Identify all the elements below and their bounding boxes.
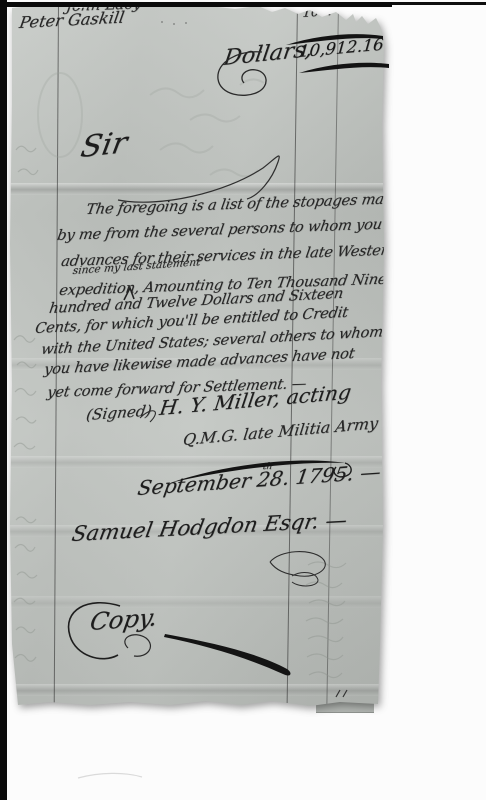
letter-body-line: The foregoing is a list of the stopages …: [85, 191, 403, 218]
date-line: September 28. 1795. —: [136, 459, 383, 500]
paper-sheet-wrapper: John Lacy Peter Gaskill 100. Dollars, 10…: [10, 4, 385, 706]
fold-crease: [10, 684, 385, 696]
name-line: Peter Gaskill: [18, 8, 126, 32]
scan-border-left: [0, 0, 7, 800]
scanned-manuscript-page: John Lacy Peter Gaskill 100. Dollars, 10…: [0, 0, 486, 800]
signature-title: Q.M.G. late Militia Army: [182, 414, 379, 449]
letter-body-line: by me from the several persons to whom y…: [56, 215, 427, 244]
scanner-scratch: [78, 773, 142, 778]
addressee-line: Samuel Hodgdon Esqr. —: [70, 508, 349, 546]
salutation: Sir: [78, 126, 130, 165]
date-month-day: September 28: [136, 466, 285, 500]
scan-border-top-thick: [0, 2, 392, 7]
date-year: . 1795. —: [281, 459, 382, 490]
docket-copy-label: Copy.: [88, 603, 160, 636]
signature-prefix: (Signed): [85, 402, 153, 424]
manuscript-paper: John Lacy Peter Gaskill 100. Dollars, 10…: [10, 4, 385, 706]
